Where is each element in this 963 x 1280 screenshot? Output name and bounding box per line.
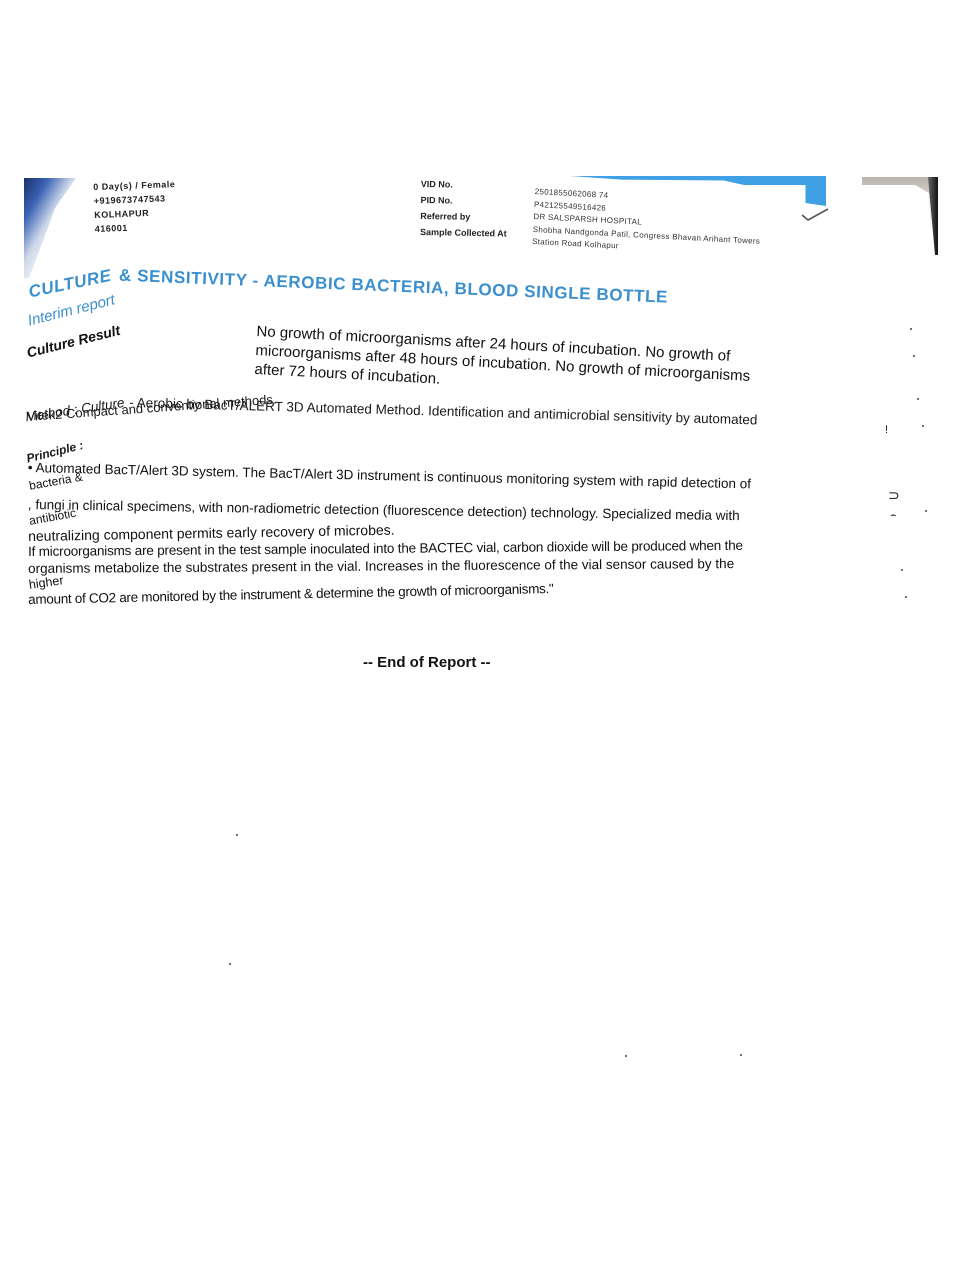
margin-mark: ǃ <box>885 424 888 436</box>
referred-by-label: Referred by <box>420 208 507 226</box>
checkmark-icon <box>800 207 830 223</box>
vid-label: VID No. <box>421 176 508 194</box>
scan-speck <box>913 355 915 357</box>
scan-speck <box>905 596 907 598</box>
test-title: CULTURE & SENSITIVITY - AEROBIC BACTERIA… <box>29 262 668 308</box>
patient-pincode: 416001 <box>94 219 176 236</box>
principle-line: amount of CO2 are monitored by the instr… <box>28 575 858 607</box>
scan-speck <box>922 425 924 427</box>
culture-result-label: Culture Result <box>25 322 122 361</box>
scan-speck <box>740 1054 742 1056</box>
pid-label: PID No. <box>420 192 507 210</box>
margin-mark: ⌢ <box>890 510 897 521</box>
meta-labels: VID No. PID No. Referred by Sample Colle… <box>420 176 508 242</box>
meta-values: 2501855062068 74 P42125549516426 DR SALS… <box>532 186 763 260</box>
end-of-report: -- End of Report -- <box>363 654 490 671</box>
scan-speck <box>625 1055 627 1057</box>
test-title-rest: & SENSITIVITY - AEROBIC BACTERIA, BLOOD … <box>113 265 668 306</box>
principle-section: • Automated BacT/Alert 3D system. The Ba… <box>28 460 858 593</box>
page-corner-shadow-right <box>862 177 938 257</box>
scan-speck <box>901 569 903 571</box>
scan-speck <box>236 834 238 836</box>
scan-speck <box>917 398 919 400</box>
patient-phone: +919673747543 <box>93 191 175 208</box>
patient-info: 0 Day(s) / Female +919673747543 KOLHAPUR… <box>93 177 177 236</box>
scan-speck <box>910 328 912 330</box>
scan-speck <box>925 510 927 512</box>
margin-mark: ⊃ <box>888 487 900 504</box>
sample-collected-label: Sample Collected At <box>420 224 507 242</box>
scan-speck <box>229 963 231 965</box>
